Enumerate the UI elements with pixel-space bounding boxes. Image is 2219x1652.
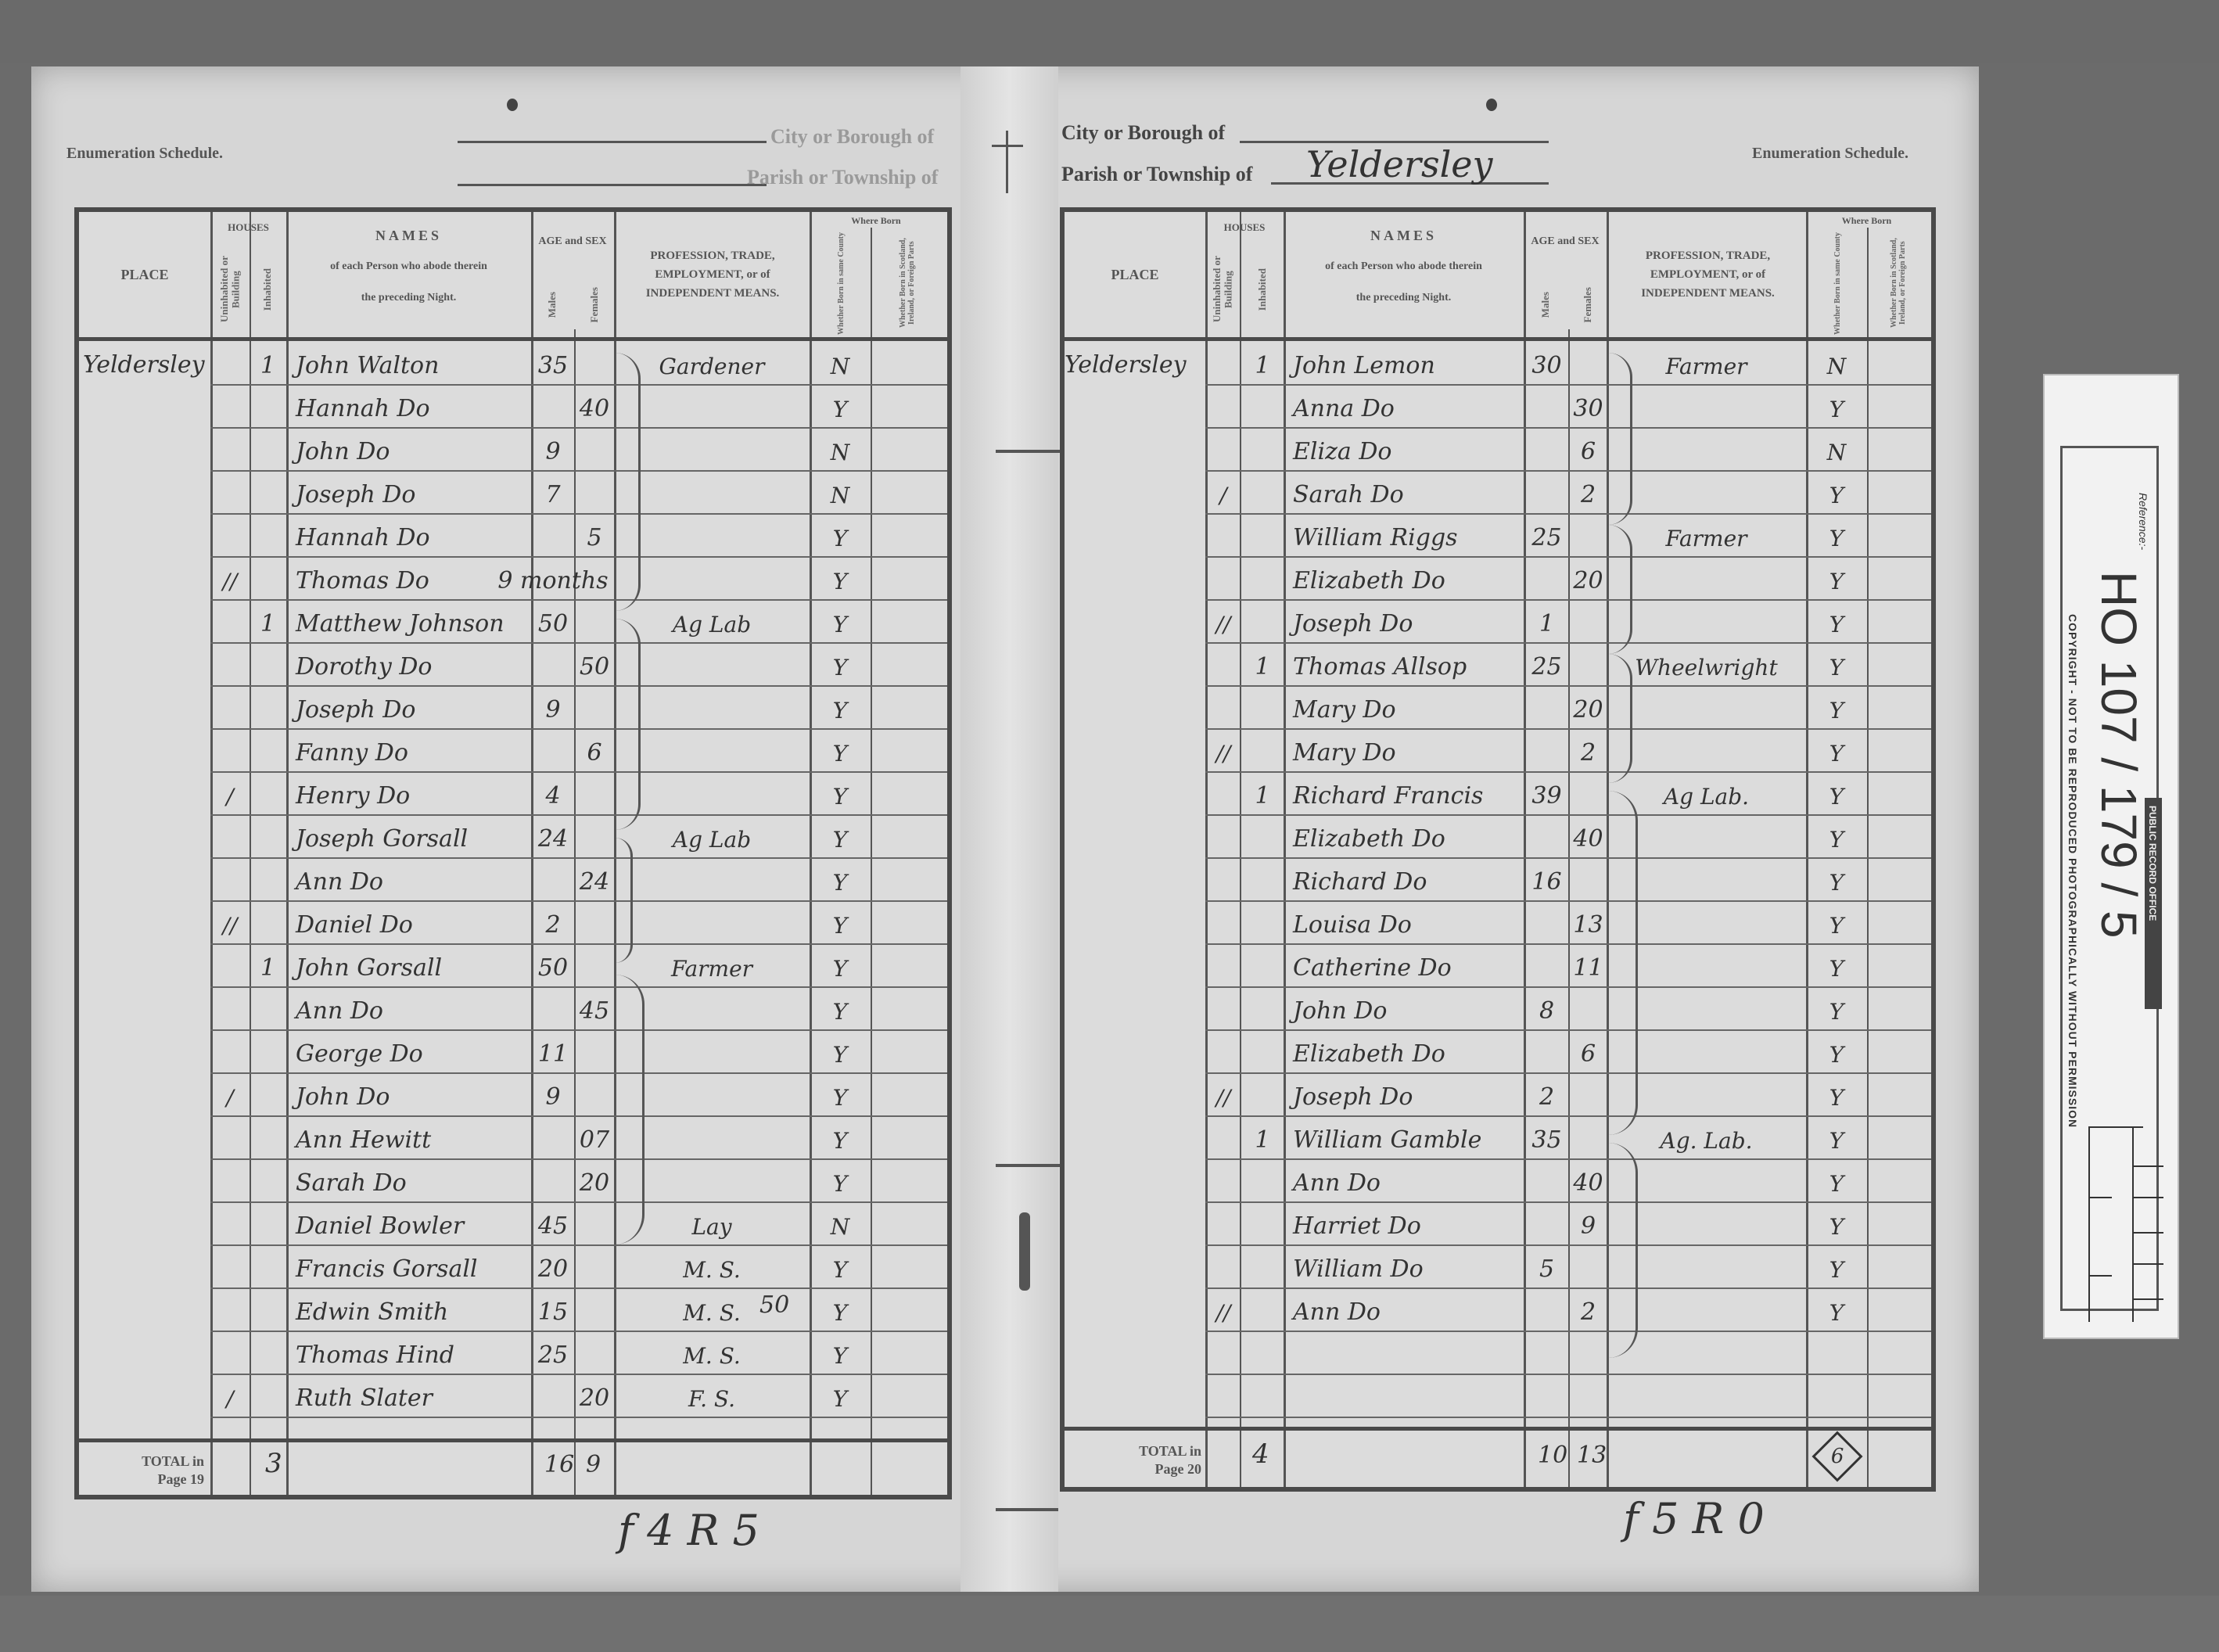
header-names: NAMES <box>1284 220 1524 251</box>
row-mark <box>210 513 250 556</box>
age-female <box>1570 341 1607 384</box>
age-male <box>531 1158 575 1201</box>
family-bracket <box>1608 791 1638 1135</box>
family-bracket <box>1608 353 1632 525</box>
person-name: William Do <box>1293 1244 1524 1287</box>
inhabited-house <box>1241 986 1284 1029</box>
person-name <box>1293 1374 1524 1417</box>
inhabited-house <box>1241 513 1284 556</box>
inhabited-house <box>1241 1072 1284 1115</box>
occupation: Farmer <box>614 943 810 986</box>
left-schedule-tag: Enumeration Schedule. <box>66 145 223 163</box>
age-male: 15 <box>531 1287 575 1331</box>
age-female: 40 <box>575 384 614 427</box>
spine-stitch <box>996 450 1066 453</box>
person-name: Sarah Do <box>1293 470 1524 513</box>
person-name: Harriet Do <box>1293 1201 1524 1244</box>
left-total-males: 16 <box>544 1451 574 1478</box>
occupation: Ag Lab <box>614 599 810 642</box>
person-name: Catherine Do <box>1293 943 1524 986</box>
col-divider <box>871 228 872 1495</box>
born-same-county: Y <box>810 943 871 986</box>
left-footer-note: f 4 R 5 <box>618 1506 759 1555</box>
born-same-county: Y <box>810 1115 871 1158</box>
header-uninhabited: Uninhabited or Building <box>1205 243 1240 336</box>
born-same-county: Y <box>1806 1115 1867 1158</box>
family-bracket <box>615 353 641 611</box>
occupation <box>614 556 810 599</box>
person-name: Louisa Do <box>1293 900 1524 943</box>
right-total-label: TOTAL in Page 20 <box>1072 1442 1201 1479</box>
born-same-county: Y <box>1806 685 1867 728</box>
occupation <box>1607 556 1806 599</box>
inhabited-house <box>250 556 286 599</box>
age-male: 35 <box>1524 1115 1570 1158</box>
right-page-number-dot <box>1486 99 1497 111</box>
left-total-females: 9 <box>586 1451 601 1478</box>
row-mark <box>1205 1115 1241 1158</box>
person-name: Joseph Do <box>296 470 531 513</box>
person-name: Hannah Do <box>296 384 531 427</box>
age-female: 50 <box>575 642 614 685</box>
header-born-elsewhere: Whether Born in Scotland, Ireland, or Fo… <box>1869 231 1927 336</box>
age-female <box>1570 986 1607 1029</box>
age-female: 2 <box>1570 1287 1607 1331</box>
inhabited-house <box>250 900 286 943</box>
person-name: Elizabeth Do <box>1293 556 1524 599</box>
row-mark: / <box>210 1374 250 1417</box>
inhabited-house: 1 <box>1241 771 1284 814</box>
left-census-table: PLACE HOUSES Uninhabited or Building Inh… <box>74 207 952 1499</box>
born-same-county: Y <box>810 599 871 642</box>
born-same-county: N <box>1806 341 1867 384</box>
row-mark <box>1205 1158 1241 1201</box>
inhabited-house: 1 <box>250 599 286 642</box>
age-male: 11 <box>531 1029 575 1072</box>
age-female: 6 <box>1570 427 1607 470</box>
row-rule <box>210 1417 947 1418</box>
row-mark <box>210 599 250 642</box>
person-name: Anna Do <box>1293 384 1524 427</box>
inhabited-house <box>250 814 286 857</box>
age-male: 9 <box>531 1072 575 1115</box>
age-male: 9 <box>531 427 575 470</box>
right-schedule-tag: Enumeration Schedule. <box>1752 145 1908 163</box>
born-same-county: N <box>810 341 871 384</box>
header-profession: PROFESSION, TRADE, EMPLOYMENT, or of IND… <box>1612 228 1804 321</box>
row-mark <box>210 1115 250 1158</box>
age-female <box>575 1201 614 1244</box>
age-male <box>1524 1374 1570 1417</box>
age-male <box>1524 1158 1570 1201</box>
age-female <box>575 470 614 513</box>
row-mark: // <box>1205 1287 1241 1331</box>
person-name: Ann Do <box>296 857 531 900</box>
inhabited-house <box>250 986 286 1029</box>
left-page-number-dot <box>507 99 518 111</box>
row-mark <box>1205 986 1241 1029</box>
age-male: 9 <box>531 685 575 728</box>
age-male <box>531 1374 575 1417</box>
person-name: Joseph Do <box>296 685 531 728</box>
age-male: 5 <box>1524 1244 1570 1287</box>
row-mark <box>1205 1029 1241 1072</box>
inhabited-house <box>1241 1201 1284 1244</box>
age-female: 20 <box>575 1374 614 1417</box>
row-mark <box>1205 513 1241 556</box>
age-female: 2 <box>1570 728 1607 771</box>
age-male: 9 months <box>531 556 575 599</box>
person-name: Ann Hewitt <box>296 1115 531 1158</box>
age-male <box>1524 685 1570 728</box>
occupation: Farmer <box>1607 341 1806 384</box>
inhabited-house <box>250 1331 286 1374</box>
born-same-county: Y <box>1806 1158 1867 1201</box>
right-parish-value: Yeldersley <box>1306 143 1493 185</box>
copyright-notice: COPYRIGHT - NOT TO BE REPRODUCED PHOTOGR… <box>2066 614 2079 1128</box>
public-record-office-badge: PUBLIC RECORD OFFICE <box>2145 798 2162 1009</box>
age-male <box>1524 384 1570 427</box>
occupation <box>614 900 810 943</box>
inhabited-house <box>1241 1331 1284 1374</box>
age-female <box>575 685 614 728</box>
age-male <box>531 986 575 1029</box>
person-name: Fanny Do <box>296 728 531 771</box>
person-name: Eliza Do <box>1293 427 1524 470</box>
age-female <box>1570 771 1607 814</box>
born-same-county: Y <box>810 556 871 599</box>
occupation <box>614 642 810 685</box>
age-female <box>1570 642 1607 685</box>
age-male <box>531 513 575 556</box>
age-female <box>1570 857 1607 900</box>
occupation: Ag Lab <box>614 814 810 857</box>
inhabited-house <box>250 1029 286 1072</box>
occupation: Gardener <box>614 341 810 384</box>
age-female <box>1570 1244 1607 1287</box>
row-mark: // <box>210 900 250 943</box>
born-same-county: Y <box>1806 470 1867 513</box>
age-female: 2 <box>1570 470 1607 513</box>
age-female <box>575 599 614 642</box>
born-same-county: Y <box>810 642 871 685</box>
header-females: Females <box>1570 275 1607 336</box>
header-names-sub1: of each Person who abode therein <box>286 255 531 278</box>
age-male: 8 <box>1524 986 1570 1029</box>
header-names: NAMES <box>286 220 531 251</box>
inhabited-house <box>1241 943 1284 986</box>
header-place: PLACE <box>79 212 210 337</box>
inhabited-house <box>1241 857 1284 900</box>
right-city-field <box>1240 117 1549 143</box>
age-male <box>1524 943 1570 986</box>
inhabited-house <box>1241 1158 1284 1201</box>
age-male: 50 <box>531 599 575 642</box>
age-female: 20 <box>575 1158 614 1201</box>
person-name: John Lemon <box>1293 341 1524 384</box>
inhabited-house <box>250 384 286 427</box>
person-name: Ann Do <box>1293 1158 1524 1201</box>
born-same-county: Y <box>1806 1029 1867 1072</box>
age-female: 20 <box>1570 556 1607 599</box>
inhabited-house <box>250 685 286 728</box>
person-name: Dorothy Do <box>296 642 531 685</box>
family-bracket <box>1608 654 1632 783</box>
row-mark <box>210 857 250 900</box>
age-female <box>575 341 614 384</box>
row-mark <box>210 1244 250 1287</box>
occupation: Ag Lab. <box>1607 771 1806 814</box>
row-mark <box>1205 642 1241 685</box>
row-mark <box>1205 900 1241 943</box>
family-bracket <box>1608 1143 1638 1358</box>
occupation <box>614 728 810 771</box>
born-same-county: Y <box>810 986 871 1029</box>
age-female <box>1570 1115 1607 1158</box>
left-margin-note: 50 <box>759 1291 789 1319</box>
age-male <box>531 857 575 900</box>
born-same-county: Y <box>810 728 871 771</box>
age-male <box>1524 728 1570 771</box>
book-spine <box>960 66 1058 1592</box>
row-mark <box>1205 1331 1241 1374</box>
person-name: Edwin Smith <box>296 1287 531 1331</box>
age-female <box>575 556 614 599</box>
header-houses: HOUSES <box>1205 212 1284 243</box>
born-same-county: Y <box>1806 728 1867 771</box>
left-city-field <box>458 117 767 143</box>
born-same-county: Y <box>810 1029 871 1072</box>
right-census-table: PLACE HOUSES Uninhabited or Building Inh… <box>1060 207 1936 1492</box>
left-city-label: City or Borough of <box>770 125 934 149</box>
age-male: 25 <box>531 1331 575 1374</box>
spine-stitch <box>996 1508 1058 1511</box>
occupation: Ag. Lab. <box>1607 1115 1806 1158</box>
age-female: 6 <box>1570 1029 1607 1072</box>
person-name: Thomas Allsop <box>1293 642 1524 685</box>
born-same-county: Y <box>1806 857 1867 900</box>
age-female: 40 <box>1570 814 1607 857</box>
inhabited-house <box>1241 384 1284 427</box>
inhabited-house: 1 <box>1241 1115 1284 1158</box>
row-mark <box>1205 814 1241 857</box>
age-female <box>1570 1072 1607 1115</box>
age-male: 45 <box>531 1201 575 1244</box>
age-male <box>1524 814 1570 857</box>
born-same-county: Y <box>1806 900 1867 943</box>
born-same-county: Y <box>1806 513 1867 556</box>
row-mark <box>1205 943 1241 986</box>
person-name: William Riggs <box>1293 513 1524 556</box>
row-mark <box>210 986 250 1029</box>
row-mark <box>210 470 250 513</box>
born-same-county <box>1806 1374 1867 1417</box>
row-mark: // <box>210 556 250 599</box>
row-mark <box>210 1158 250 1201</box>
age-male <box>1524 900 1570 943</box>
born-same-county: Y <box>1806 1244 1867 1287</box>
right-total-males: 10 <box>1538 1442 1567 1469</box>
inhabited-house <box>1241 900 1284 943</box>
inhabited-house <box>1241 728 1284 771</box>
born-same-county: N <box>810 427 871 470</box>
age-female: 24 <box>575 857 614 900</box>
family-bracket <box>615 975 645 1244</box>
header-age-sex: AGE and SEX <box>1524 212 1607 271</box>
left-place-value: Yeldersley <box>83 351 205 379</box>
person-name: Ruth Slater <box>296 1374 531 1417</box>
inhabited-house: 1 <box>250 943 286 986</box>
person-name: John Do <box>296 1072 531 1115</box>
person-name: Hannah Do <box>296 513 531 556</box>
row-mark <box>210 642 250 685</box>
row-mark: / <box>210 771 250 814</box>
age-female <box>575 900 614 943</box>
occupation <box>1607 728 1806 771</box>
born-same-county: N <box>810 470 871 513</box>
age-male: 25 <box>1524 642 1570 685</box>
inhabited-house <box>1241 685 1284 728</box>
born-same-county: Y <box>810 1158 871 1201</box>
occupation <box>1607 427 1806 470</box>
age-male <box>1524 470 1570 513</box>
occupation <box>614 384 810 427</box>
spine-cross-mark-h <box>992 145 1023 147</box>
header-where-born: Where Born <box>810 212 943 229</box>
row-mark: / <box>1205 470 1241 513</box>
age-female <box>1570 599 1607 642</box>
person-name: William Gamble <box>1293 1115 1524 1158</box>
age-female: 5 <box>575 513 614 556</box>
row-mark <box>1205 427 1241 470</box>
total-rule <box>79 1438 947 1442</box>
born-same-county: Y <box>1806 814 1867 857</box>
person-name: Francis Gorsall <box>296 1244 531 1287</box>
row-mark <box>1205 1374 1241 1417</box>
age-male <box>1524 427 1570 470</box>
row-mark <box>210 943 250 986</box>
header-born-elsewhere: Whether Born in Scotland, Ireland, or Fo… <box>872 231 943 336</box>
header-place: PLACE <box>1065 212 1205 337</box>
born-same-county: Y <box>810 857 871 900</box>
spine-stitch-thread <box>1019 1212 1030 1291</box>
born-same-county: N <box>810 1201 871 1244</box>
person-name: Ann Do <box>1293 1287 1524 1331</box>
born-same-county: Y <box>1806 986 1867 1029</box>
age-male: 1 <box>1524 599 1570 642</box>
age-male <box>1524 1331 1570 1374</box>
inhabited-house: 1 <box>1241 642 1284 685</box>
row-mark <box>210 1029 250 1072</box>
age-male: 7 <box>531 470 575 513</box>
row-mark <box>1205 771 1241 814</box>
row-mark <box>1205 857 1241 900</box>
header-males: Males <box>1524 275 1568 336</box>
person-name: Thomas Do <box>296 556 531 599</box>
spine-cross-mark <box>1006 131 1008 193</box>
reference-code: HO 107 / 179 / 5 <box>2090 571 2148 939</box>
born-same-county: Y <box>810 900 871 943</box>
occupation <box>1607 470 1806 513</box>
occupation <box>614 857 810 900</box>
born-same-county: Y <box>1806 384 1867 427</box>
age-female <box>575 771 614 814</box>
inhabited-house <box>250 513 286 556</box>
person-name: Richard Do <box>1293 857 1524 900</box>
inhabited-house <box>1241 1244 1284 1287</box>
born-same-county: Y <box>810 814 871 857</box>
family-bracket <box>1608 525 1632 654</box>
age-male: 24 <box>531 814 575 857</box>
inhabited-house <box>250 728 286 771</box>
header-males: Males <box>531 275 574 336</box>
inhabited-house <box>1241 427 1284 470</box>
col-divider <box>286 212 289 1495</box>
age-male: 50 <box>531 943 575 986</box>
age-female <box>1570 513 1607 556</box>
header-inhabited: Inhabited <box>250 243 286 336</box>
header-females: Females <box>575 275 614 336</box>
person-name: Elizabeth Do <box>1293 1029 1524 1072</box>
age-female <box>575 1331 614 1374</box>
header-houses: HOUSES <box>210 212 286 243</box>
inhabited-house <box>250 1158 286 1201</box>
row-mark <box>210 728 250 771</box>
inhabited-house <box>250 427 286 470</box>
inhabited-house <box>250 470 286 513</box>
row-mark <box>210 1287 250 1331</box>
occupation <box>1607 599 1806 642</box>
born-same-county: Y <box>810 384 871 427</box>
header-born-same-county: Whether Born in same County <box>811 231 871 336</box>
inhabited-house <box>1241 1287 1284 1331</box>
col-divider <box>1284 212 1286 1487</box>
born-same-county: Y <box>810 1331 871 1374</box>
occupation: Wheelwright <box>1607 642 1806 685</box>
person-name: Joseph Do <box>1293 1072 1524 1115</box>
header-names-sub1: of each Person who abode therein <box>1284 255 1524 278</box>
age-male <box>1524 1287 1570 1331</box>
age-female <box>575 1244 614 1287</box>
person-name: Henry Do <box>296 771 531 814</box>
row-mark: // <box>1205 599 1241 642</box>
header-born-same-county: Whether Born in same County <box>1808 231 1867 336</box>
row-mark <box>210 685 250 728</box>
row-mark <box>210 1331 250 1374</box>
person-name: Joseph Do <box>1293 599 1524 642</box>
age-male: 2 <box>1524 1072 1570 1115</box>
left-total-houses: 3 <box>265 1448 282 1479</box>
right-parish-label: Parish or Township of <box>1061 163 1252 186</box>
row-mark: // <box>1205 1072 1241 1115</box>
inhabited-house <box>1241 556 1284 599</box>
row-mark <box>1205 341 1241 384</box>
age-male <box>1524 1201 1570 1244</box>
age-male <box>531 642 575 685</box>
age-female <box>575 1072 614 1115</box>
person-name: Mary Do <box>1293 685 1524 728</box>
age-male: 2 <box>531 900 575 943</box>
family-bracket <box>615 838 633 963</box>
person-name: John Gorsall <box>296 943 531 986</box>
born-same-county: Y <box>1806 771 1867 814</box>
reference-caption: Reference:- <box>2137 493 2149 550</box>
right-footer-note: f 5 R 0 <box>1623 1494 1765 1543</box>
spine-stitch <box>996 1164 1066 1167</box>
born-same-county: Y <box>810 685 871 728</box>
age-male <box>531 728 575 771</box>
row-mark <box>1205 1201 1241 1244</box>
